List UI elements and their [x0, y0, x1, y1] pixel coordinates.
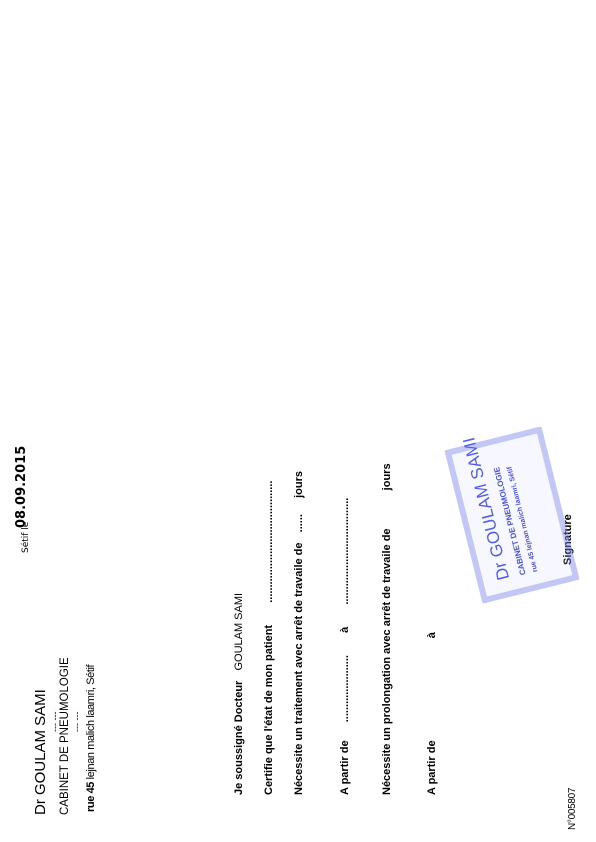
extension-days-unit: jours	[381, 463, 393, 490]
header-separator-2: --- ---	[73, 712, 82, 732]
extension-from-label: A partir de	[426, 740, 438, 795]
doctor-name-heading: Dr GOULAM SAMI	[33, 689, 48, 815]
doctor-stamp: Dr GOULAM SAMI CABINET DE PNEUMOLOGIE ru…	[444, 426, 579, 603]
extension-to-label: à	[426, 632, 438, 638]
declaration-line: Je soussigné Docteur GOULAM SAMI	[234, 593, 245, 795]
patient-name-blank[interactable]: ........................................	[263, 481, 275, 603]
declaration-label: Je soussigné Docteur	[233, 681, 245, 795]
treatment-days-unit: jours	[293, 471, 305, 498]
to-label: à	[339, 627, 351, 633]
declaration-doctor-name: GOULAM SAMI	[233, 593, 245, 671]
address-street-number: rue 45	[85, 782, 97, 812]
certificate-date: 08.09.2015	[15, 446, 28, 528]
patient-state-line: Certifie que l'état de mon patient .....…	[264, 481, 275, 795]
medical-certificate-page: Dr GOULAM SAMI --- --- CABINET DE PNEUMO…	[0, 0, 596, 842]
extension-period-line: A partir de à	[427, 632, 438, 795]
treatment-days-blank[interactable]: ......	[293, 514, 305, 532]
extension-label: Nécessite un prolongation avec arrêt de …	[381, 528, 393, 795]
patient-state-label: Certifie que l'état de mon patient	[263, 625, 275, 795]
document-number: N°005807	[568, 788, 578, 830]
from-label: A partir de	[339, 740, 351, 795]
from-date-blank[interactable]: ......................	[339, 655, 351, 722]
to-date-blank[interactable]: ...................................	[339, 498, 351, 605]
treatment-line: Nécessite un traitement avec arrêt de tr…	[294, 471, 305, 795]
extension-line: Nécessite un prolongation avec arrêt de …	[382, 463, 393, 795]
cabinet-name: CABINET DE PNEUMOLOGIE	[60, 657, 72, 815]
cabinet-address: rue 45 lejnan malich laamri, Sétif	[86, 665, 97, 812]
treatment-label: Nécessite un traitement avec arrêt de tr…	[293, 542, 305, 795]
address-street: lejnan malich laamri, Sétif	[85, 665, 97, 782]
treatment-period-line: A partir de ...................... à ...…	[340, 498, 351, 795]
